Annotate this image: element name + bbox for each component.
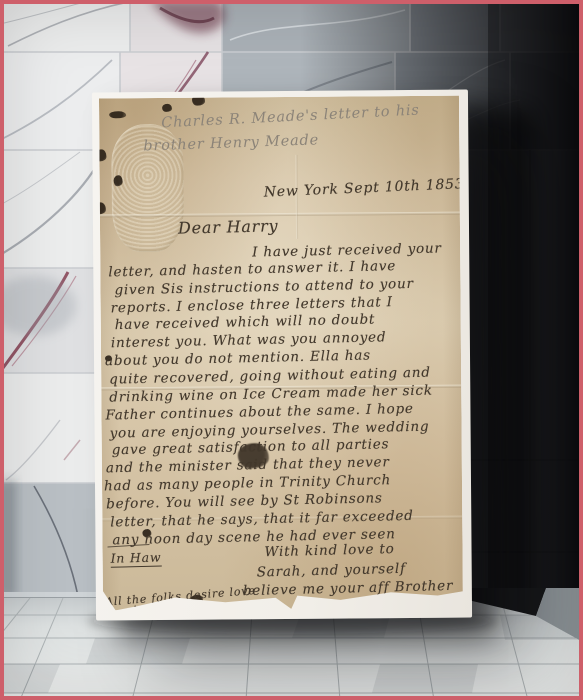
letter-paper: Charles R. Meade's letter to hisbrother … [99,96,463,611]
letter-line: New York Sept 10th 1853 [263,176,464,201]
ink-blot [162,104,172,112]
letter-line: Charles R. Meade's letter to his [161,103,420,132]
photo-of-letter: Charles R. Meade's letter to hisbrother … [0,0,583,700]
letter-line: Sarah, and yourself [257,561,406,581]
letter-line: I have just received your [252,240,442,260]
ink-blot [114,175,123,186]
letter-line: In Haw [110,550,161,568]
letter-line: With kind love to [264,541,394,560]
letter-line: Dear Harry [178,216,279,238]
ink-blot [109,111,126,118]
letter-cast-shadow [462,110,534,615]
letter: Charles R. Meade's letter to hisbrother … [92,90,472,621]
